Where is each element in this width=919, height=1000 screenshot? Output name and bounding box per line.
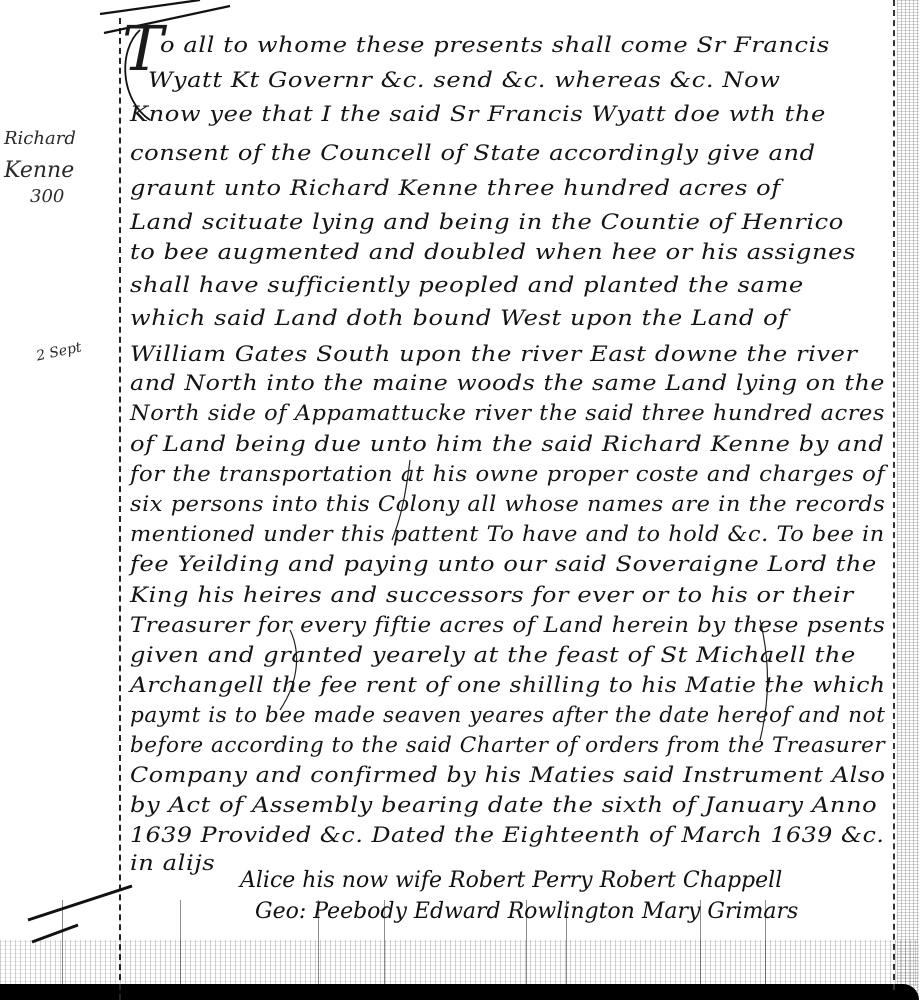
text-line-14: for the transportation at his owne prope… bbox=[130, 462, 885, 486]
text-line-24: Company and confirmed by his Maties said… bbox=[130, 763, 886, 787]
text-line-12: North side of Appamattucke river the sai… bbox=[130, 401, 885, 425]
right-margin-rule bbox=[893, 0, 895, 990]
text-line-17: fee Yeilding and paying unto our said So… bbox=[130, 552, 877, 576]
text-line-2: Wyatt Kt Governr &c. send &c. whereas &c… bbox=[148, 68, 780, 92]
text-line-25: by Act of Assembly bearing date the sixt… bbox=[130, 793, 877, 817]
text-line-23: before according to the said Charter of … bbox=[130, 733, 885, 757]
margin-note-acres: 300 bbox=[30, 186, 64, 207]
manuscript-page: T Richard Kenne 300 2 Sept o all to whom… bbox=[0, 0, 919, 1000]
text-line-26: 1639 Provided &c. Dated the Eighteenth o… bbox=[130, 823, 884, 847]
text-line-6: Land scituate lying and being in the Cou… bbox=[130, 210, 844, 234]
text-line-8: shall have sufficiently peopled and plan… bbox=[130, 273, 804, 297]
text-line-16: mentioned under this pattent To have and… bbox=[130, 522, 885, 546]
text-line-22: paymt is to bee made seaven yeares after… bbox=[130, 703, 885, 727]
margin-note-name: Richard bbox=[4, 128, 76, 149]
margin-note-surname: Kenne bbox=[4, 158, 74, 183]
scan-bottom-border bbox=[0, 984, 919, 1000]
headrights-line-2: Geo: Peebody Edward Rowlington Mary Grim… bbox=[255, 899, 798, 924]
text-line-18: King his heires and successors for ever … bbox=[130, 583, 854, 607]
text-line-4: consent of the Councell of State accordi… bbox=[130, 141, 816, 165]
text-line-11: and North into the maine woods the same … bbox=[130, 371, 885, 395]
text-line-10: William Gates South upon the river East … bbox=[130, 342, 858, 366]
text-line-13: of Land being due unto him the said Rich… bbox=[130, 432, 884, 456]
text-line-27: in alijs bbox=[130, 851, 215, 875]
scan-bottom-noise bbox=[0, 940, 919, 986]
text-line-5: graunt unto Richard Kenne three hundred … bbox=[130, 176, 781, 200]
text-line-20: given and granted yearely at the feast o… bbox=[130, 643, 856, 667]
left-margin-rule bbox=[119, 18, 121, 1000]
text-line-3: Know yee that I the said Sr Francis Wyat… bbox=[130, 102, 826, 126]
margin-note-lower: 2 Sept bbox=[35, 339, 83, 364]
text-line-9: which said Land doth bound West upon the… bbox=[130, 306, 788, 330]
text-line-21: Archangell the fee rent of one shilling … bbox=[130, 673, 886, 697]
text-line-19: Treasurer for every fiftie acres of Land… bbox=[130, 613, 885, 637]
headrights-line-1: Alice his now wife Robert Perry Robert C… bbox=[240, 868, 782, 893]
text-line-15: six persons into this Colony all whose n… bbox=[130, 492, 885, 516]
scan-edge-noise bbox=[897, 0, 919, 1000]
text-line-1: o all to whome these presents shall come… bbox=[160, 33, 830, 57]
text-line-7: to bee augmented and doubled when hee or… bbox=[130, 240, 856, 264]
